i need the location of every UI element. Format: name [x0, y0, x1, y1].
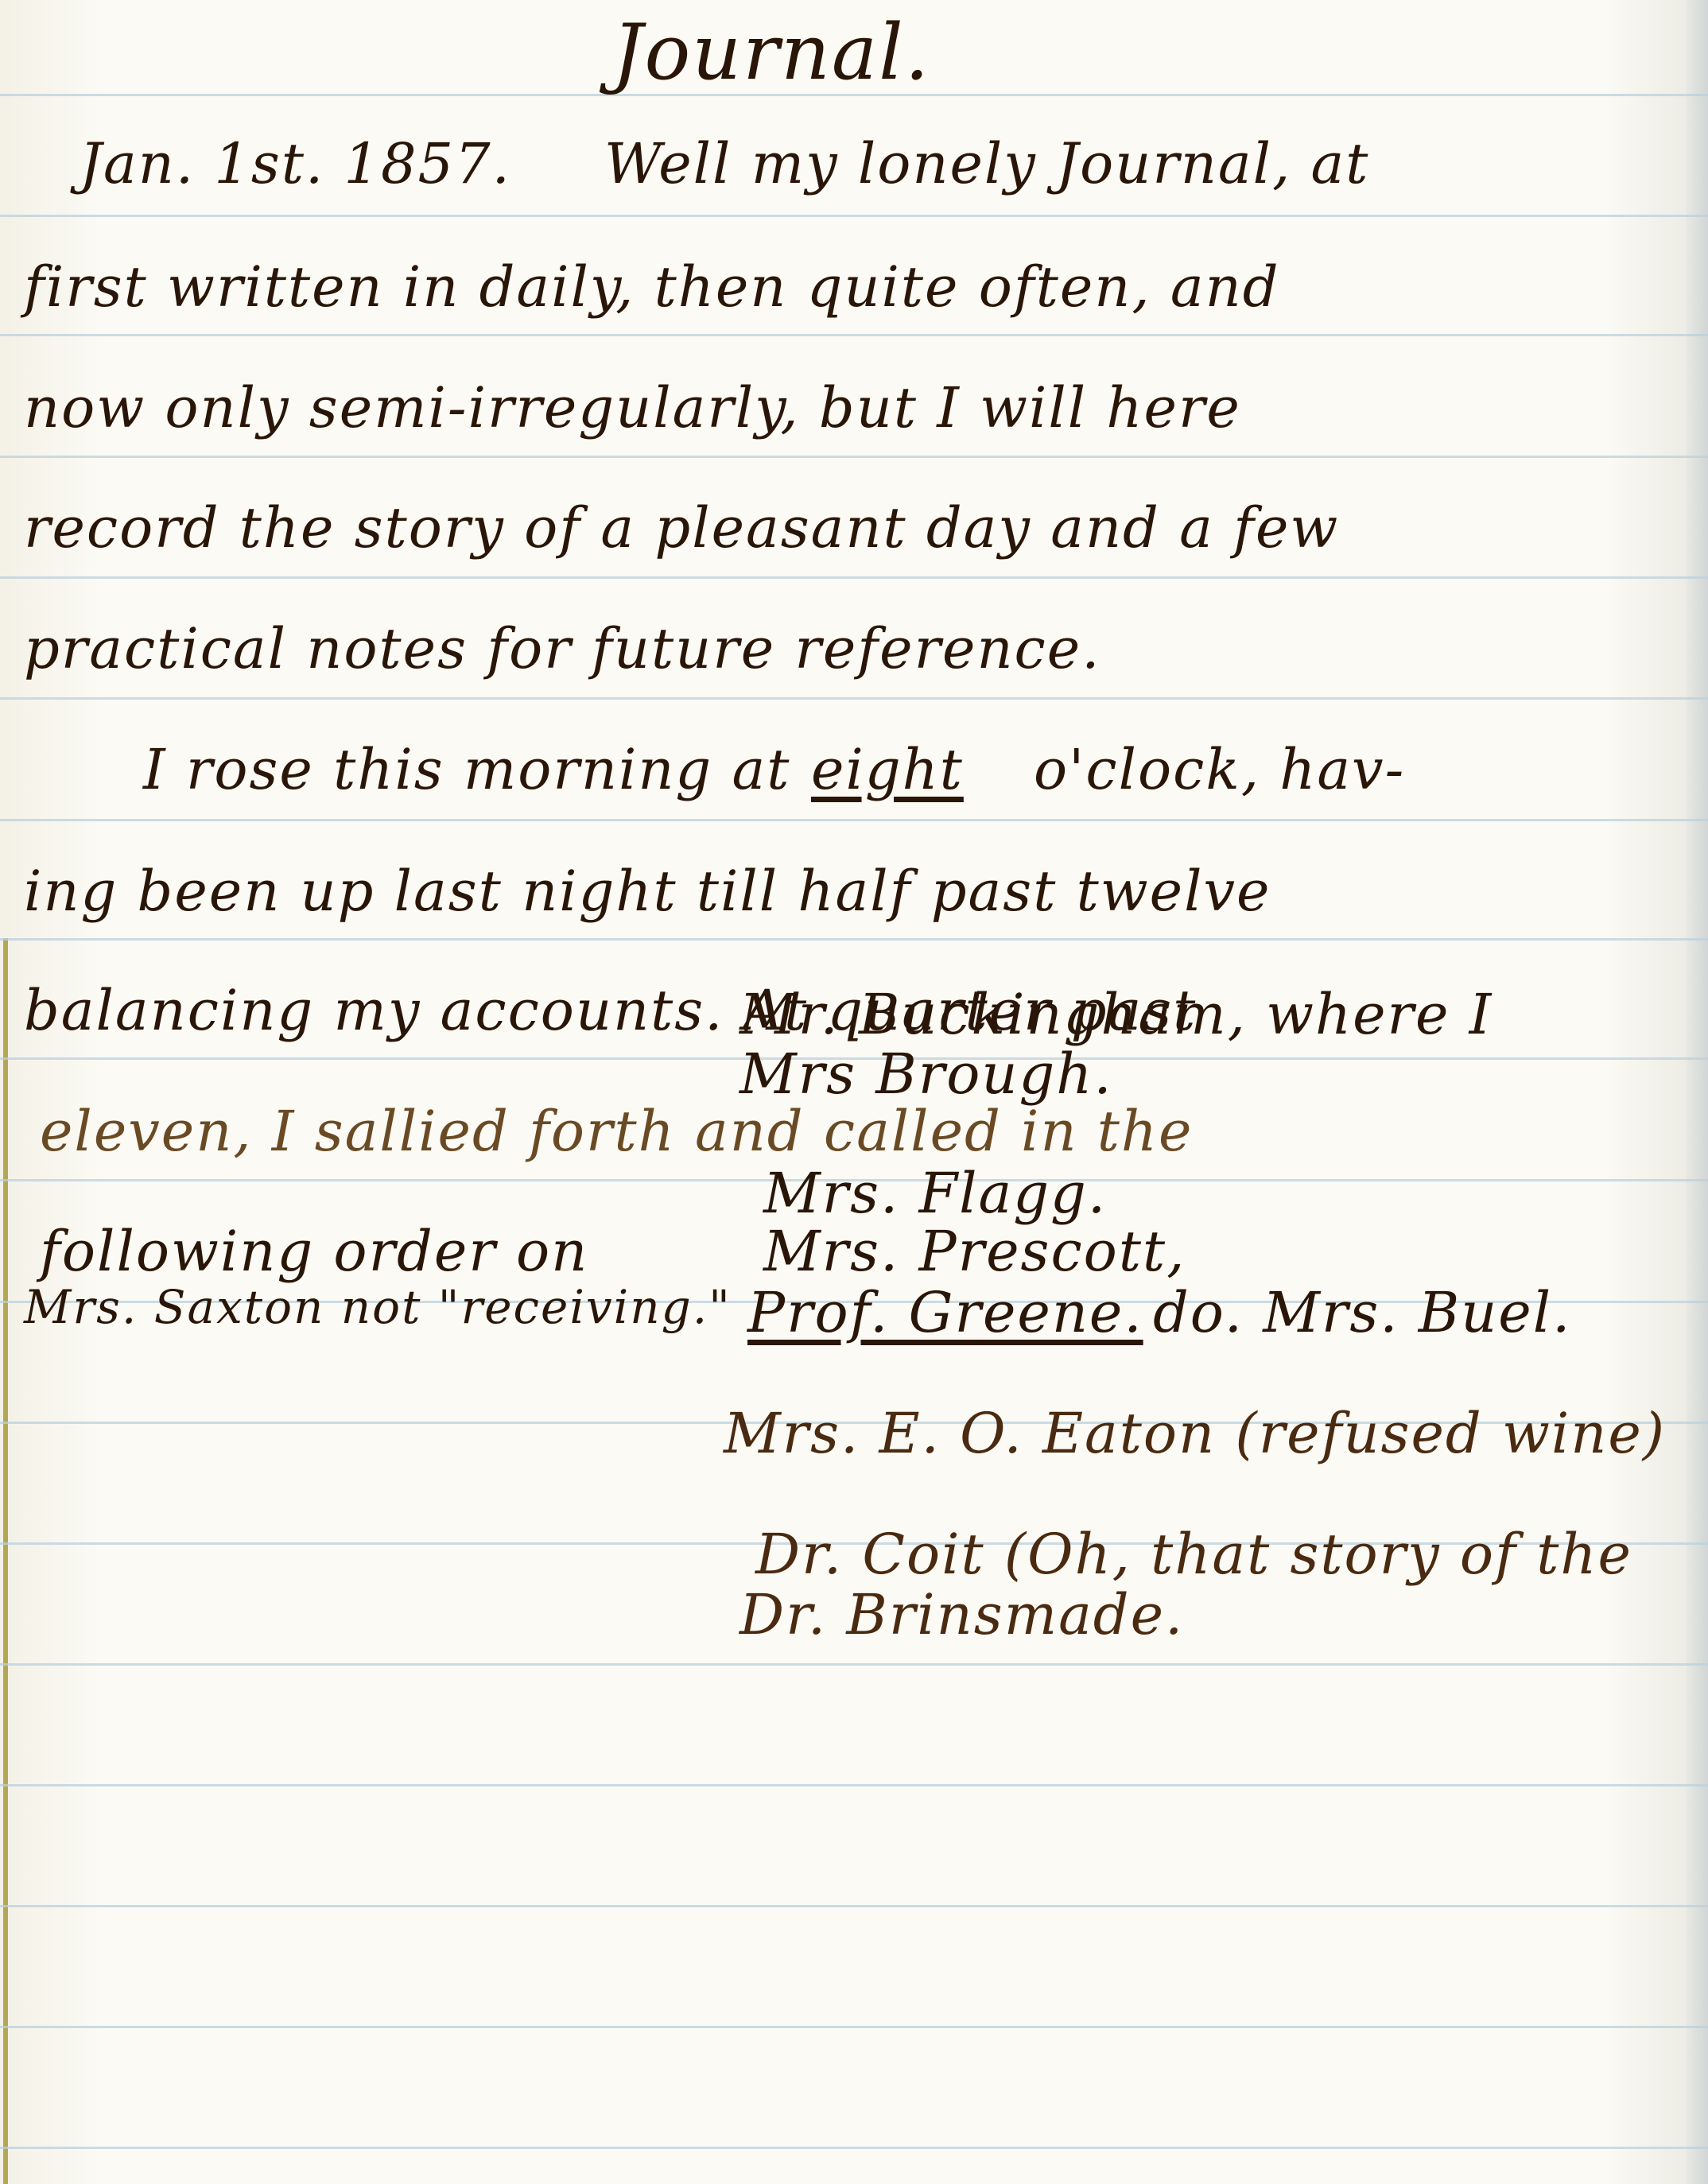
call-list-item: do. Mrs. Buel. — [1153, 1280, 1571, 1345]
lower-section — [0, 0, 1708, 2184]
call-list-item: Dr. Brinsmade. — [739, 1582, 1184, 1647]
margin-note: Mrs. Saxton not "receiving." — [24, 1280, 732, 1334]
call-list-item: Mrs. E. O. Eaton (refused wine) — [724, 1401, 1666, 1466]
call-list-item: Dr. Coit (Oh, that story of the — [755, 1522, 1632, 1587]
call-list-item: Prof. Greene. — [747, 1280, 1143, 1345]
call-list-item: Mrs. Flagg. — [763, 1161, 1107, 1226]
